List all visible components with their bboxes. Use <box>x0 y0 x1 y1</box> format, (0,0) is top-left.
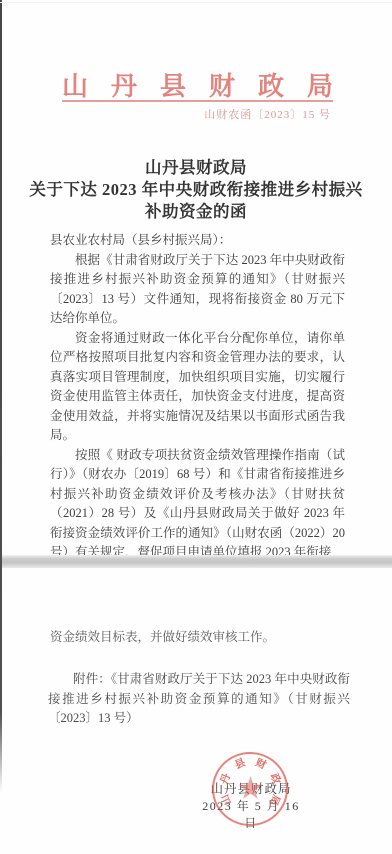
scan-left-edge-artifact <box>0 0 2 792</box>
agency-char: 局 <box>307 66 333 103</box>
agency-char: 山 <box>62 66 88 103</box>
signature-agency-name: 山丹县财政局 <box>206 779 296 797</box>
agency-char: 丹 <box>111 66 137 103</box>
seal-arc-char: 财 <box>253 757 267 771</box>
letter-body: 县农业农村局（县乡村振兴局）： 根据《甘肃省财政厅关于下达 2023 年中央财政… <box>50 231 345 563</box>
document-title-line1: 山丹县财政局 <box>24 157 368 179</box>
letter-page-1: 山 丹 县 财 政 局 山财农函〔2023〕15 号 山丹县财政局 关于下达 2… <box>0 0 392 557</box>
letterhead-divider-rule <box>62 100 333 102</box>
scanned-letter-viewer: 山 丹 县 财 政 局 山财农函〔2023〕15 号 山丹县财政局 关于下达 2… <box>0 0 392 854</box>
body-paragraph-3-continuation: 资金绩效目标表，并做好绩效审核工作。 <box>50 628 350 648</box>
salutation: 县农业农村局（县乡村振兴局）： <box>50 231 345 251</box>
attachment-note: 附件：《甘肃省财政厅关于下达 2023 年中央财政衔接推进乡村振兴补助资金预算的… <box>48 670 350 729</box>
body-paragraph-3: 按照《 财政专项扶贫资金绩效管理操作指南（试行）》（财农办〔2019〕68 号）… <box>50 446 345 563</box>
agency-char: 财 <box>209 66 235 103</box>
body-paragraph-2: 资金将通过财政一体化平台分配你单位，请你单位严格按照项目批复内容和资金管理办法的… <box>50 329 345 446</box>
agency-char: 政 <box>258 66 284 103</box>
letterhead-agency-name: 山 丹 县 财 政 局 <box>62 66 333 103</box>
signature-date: 2023 年 5 月 16 日 <box>202 797 300 831</box>
page-break-separator <box>0 555 392 568</box>
document-title: 山丹县财政局 关于下达 2023 年中央财政衔接推进乡村振兴 补助资金的函 <box>24 157 368 223</box>
seal-arc-char: 县 <box>233 757 247 771</box>
scan-top-line-artifact <box>0 2 392 3</box>
agency-char: 县 <box>160 66 186 103</box>
letter-page-2: 资金绩效目标表，并做好绩效审核工作。 附件：《甘肃省财政厅关于下达 2023 年… <box>0 568 392 854</box>
document-title-line2: 关于下达 2023 年中央财政衔接推进乡村振兴 <box>24 179 368 201</box>
document-reference-number: 山财农函〔2023〕15 号 <box>204 106 331 122</box>
document-title-line3: 补助资金的函 <box>24 201 368 223</box>
body-paragraph-1: 根据《甘肃省财政厅关于下达 2023 年中央财政衔接推进乡村振兴补助资金预算的通… <box>50 251 345 329</box>
